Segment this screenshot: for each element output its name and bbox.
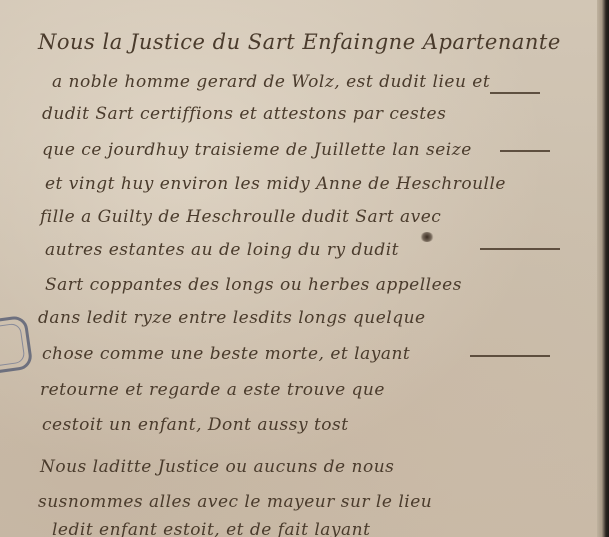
- line-text: dans ledit ryze entre lesdits longs quel…: [38, 308, 426, 328]
- text-line-10: chose comme une beste morte, et layant: [42, 344, 410, 364]
- line-text: et vingt huy environ les midy Anne de He…: [45, 174, 506, 194]
- line-text: retourne et regarde a este trouve que: [40, 380, 385, 400]
- text-line-14: susnommes alles avec le mayeur sur le li…: [38, 492, 432, 512]
- line-filler-stroke: [480, 248, 560, 250]
- line-filler-stroke: [470, 355, 550, 357]
- text-line-5: et vingt huy environ les midy Anne de He…: [45, 174, 506, 194]
- manuscript-page: Nous la Justice du Sart Enfaingne Aparte…: [0, 0, 609, 537]
- text-line-7: autres estantes au de loing du ry dudit: [45, 240, 399, 260]
- line-text: dudit Sart certiffions et attestons par …: [42, 104, 446, 124]
- line-text: que ce jourdhuy traisieme de Juillette l…: [42, 140, 472, 160]
- text-line-3: dudit Sart certiffions et attestons par …: [42, 104, 446, 124]
- text-line-13: Nous laditte Justice ou aucuns de nous: [40, 457, 394, 477]
- text-line-12: cestoit un enfant, Dont aussy tost: [42, 415, 349, 435]
- text-line-15: ledit enfant estoit, et de fait layant: [52, 520, 370, 537]
- text-line-8: Sart coppantes des longs ou herbes appel…: [45, 275, 462, 295]
- line-text: a noble homme gerard de Wolz, est dudit …: [52, 72, 490, 92]
- text-line-1: Nous la Justice du Sart Enfaingne Aparte…: [38, 30, 561, 54]
- text-line-2: a noble homme gerard de Wolz, est dudit …: [52, 72, 490, 92]
- text-line-6: fille a Guilty de Heschroulle dudit Sart…: [40, 207, 441, 227]
- line-text: fille a Guilty de Heschroulle dudit Sart…: [40, 207, 441, 227]
- line-text: chose comme une beste morte, et layant: [42, 344, 410, 364]
- line-text: Nous laditte Justice ou aucuns de nous: [40, 457, 394, 477]
- line-text: ledit enfant estoit, et de fait layant: [52, 520, 370, 537]
- line-text: cestoit un enfant, Dont aussy tost: [42, 415, 349, 435]
- text-line-9: dans ledit ryze entre lesdits longs quel…: [38, 308, 426, 328]
- line-text: autres estantes au de loing du ry dudit: [45, 240, 399, 260]
- text-line-4: que ce jourdhuy traisieme de Juillette l…: [42, 140, 472, 160]
- line-filler-stroke: [490, 92, 540, 94]
- handwritten-text: Nous la Justice du Sart Enfaingne Aparte…: [0, 0, 600, 537]
- text-line-11: retourne et regarde a este trouve que: [40, 380, 385, 400]
- line-text: Nous la Justice du Sart Enfaingne Aparte…: [38, 30, 561, 54]
- line-text: susnommes alles avec le mayeur sur le li…: [38, 492, 432, 512]
- line-filler-stroke: [500, 150, 550, 152]
- line-text: Sart coppantes des longs ou herbes appel…: [45, 275, 462, 295]
